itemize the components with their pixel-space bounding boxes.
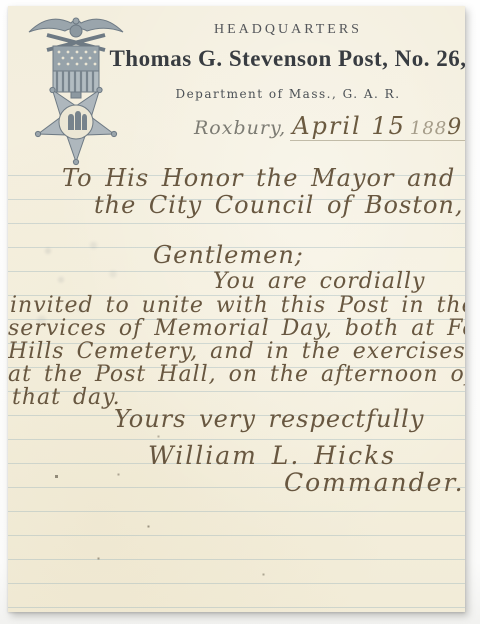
paper-speckles — [8, 6, 9, 7]
post-name-heading: Thomas G. Stevenson Post, No. 26, — [108, 46, 465, 72]
signature-title: Commander. — [284, 470, 465, 496]
dateline-fill: April 15 1889 — [290, 121, 465, 141]
body-line: invited to unite with this Post in the — [10, 294, 465, 317]
letter-page: HEADQUARTERS Thomas G. Stevenson Post, N… — [8, 6, 465, 612]
address-line: the City Council of Boston, — [94, 193, 464, 218]
gar-medal-badge-icon — [20, 8, 132, 174]
department-line: Department of Mass., G. A. R. — [123, 87, 453, 101]
body-line: services of Memorial Day, both at Forest — [8, 317, 465, 340]
dateline-place: Roxbury, — [194, 117, 286, 139]
body-line: Hills Cemetery, and in the exercises — [8, 340, 465, 363]
closing-line: Yours very respectfully — [114, 407, 424, 432]
salutation-line: Gentlemen; — [153, 243, 304, 268]
scan-background: HEADQUARTERS Thomas G. Stevenson Post, N… — [0, 0, 480, 624]
dateline-year-written: 9 — [447, 115, 461, 140]
dateline-year-printed: 188 — [410, 118, 447, 139]
dateline-written-date: April 15 — [292, 112, 406, 140]
headquarters-heading: HEADQUARTERS — [123, 22, 453, 38]
body-line: at the Post Hall, on the afternoon of — [8, 363, 465, 386]
body-line: You are cordially — [213, 270, 425, 293]
dateline: Roxbury, April 15 1889 . — [194, 112, 465, 140]
body-line: that day. — [12, 386, 121, 409]
signature-name: William L. Hicks — [148, 443, 396, 469]
address-line: To His Honor the Mayor and — [62, 166, 455, 191]
